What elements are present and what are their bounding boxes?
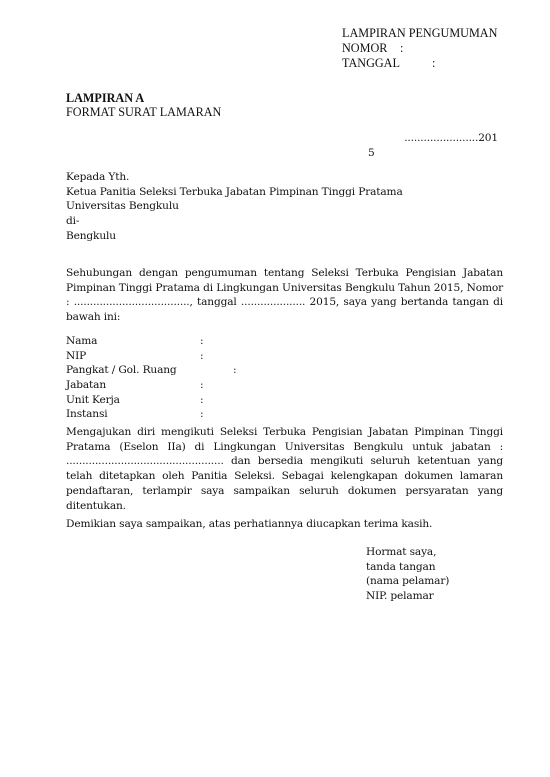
field-colon: : xyxy=(200,378,203,393)
field-nama: Nama : xyxy=(66,334,177,349)
field-pangkat: Pangkat / Gol. Ruang : xyxy=(66,363,177,378)
field-nip: NIP : xyxy=(66,349,177,364)
field-label: Jabatan xyxy=(66,379,106,391)
field-label: Nama xyxy=(66,335,97,347)
application-paragraph: Mengajukan diri mengikuti Seleksi Terbuk… xyxy=(66,425,503,513)
header-tanggal-row: TANGGAL : xyxy=(342,56,497,71)
header-tanggal-colon: : xyxy=(432,56,435,71)
closing-paragraph: Demikian saya sampaikan, atas perhatiann… xyxy=(66,517,503,532)
date-line-2: 5 xyxy=(368,146,498,161)
header-nomor-label: NOMOR xyxy=(342,41,387,55)
signature-line: tanda tangan xyxy=(366,560,449,575)
field-label: Pangkat / Gol. Ruang xyxy=(66,364,177,376)
attachment-label: LAMPIRAN A xyxy=(66,91,144,105)
signature-line: (nama pelamar) xyxy=(366,574,449,589)
field-colon: : xyxy=(200,407,203,422)
header-tanggal-label: TANGGAL xyxy=(342,56,400,70)
field-jabatan: Jabatan : xyxy=(66,378,177,393)
opening-paragraph: Sehubungan dengan pengumuman tentang Sel… xyxy=(66,266,503,325)
recipient-block: Kepada Yth. Ketua Panitia Seleksi Terbuk… xyxy=(66,170,403,244)
field-colon: : xyxy=(200,349,203,364)
field-colon: : xyxy=(200,334,203,349)
field-colon: : xyxy=(233,363,236,378)
field-label: NIP xyxy=(66,350,86,362)
recipient-line: di- xyxy=(66,214,403,229)
header-title: LAMPIRAN PENGUMUMAN xyxy=(342,26,497,41)
field-label: Instansi xyxy=(66,408,107,420)
applicant-fields: Nama : NIP : Pangkat / Gol. Ruang : Jaba… xyxy=(66,334,177,422)
signature-block: Hormat saya, tanda tangan (nama pelamar)… xyxy=(366,545,449,604)
signature-line: Hormat saya, xyxy=(366,545,449,560)
header-nomor-colon: : xyxy=(400,41,403,56)
date-line: .......................201 5 xyxy=(368,131,498,160)
field-colon: : xyxy=(200,393,203,408)
document-page: LAMPIRAN PENGUMUMAN NOMOR : TANGGAL : LA… xyxy=(0,0,550,777)
announcement-header: LAMPIRAN PENGUMUMAN NOMOR : TANGGAL : xyxy=(342,26,497,71)
recipient-line: Ketua Panitia Seleksi Terbuka Jabatan Pi… xyxy=(66,185,403,200)
recipient-line: Universitas Bengkulu xyxy=(66,199,403,214)
recipient-line: Bengkulu xyxy=(66,229,403,244)
signature-line: NIP. pelamar xyxy=(366,589,449,604)
date-line-1: .......................201 xyxy=(368,131,498,146)
field-instansi: Instansi : xyxy=(66,407,177,422)
header-nomor-row: NOMOR : xyxy=(342,41,497,56)
field-unit-kerja: Unit Kerja : xyxy=(66,393,177,408)
attachment-subtitle: FORMAT SURAT LAMARAN xyxy=(66,105,221,119)
field-label: Unit Kerja xyxy=(66,394,120,406)
recipient-line: Kepada Yth. xyxy=(66,170,403,185)
